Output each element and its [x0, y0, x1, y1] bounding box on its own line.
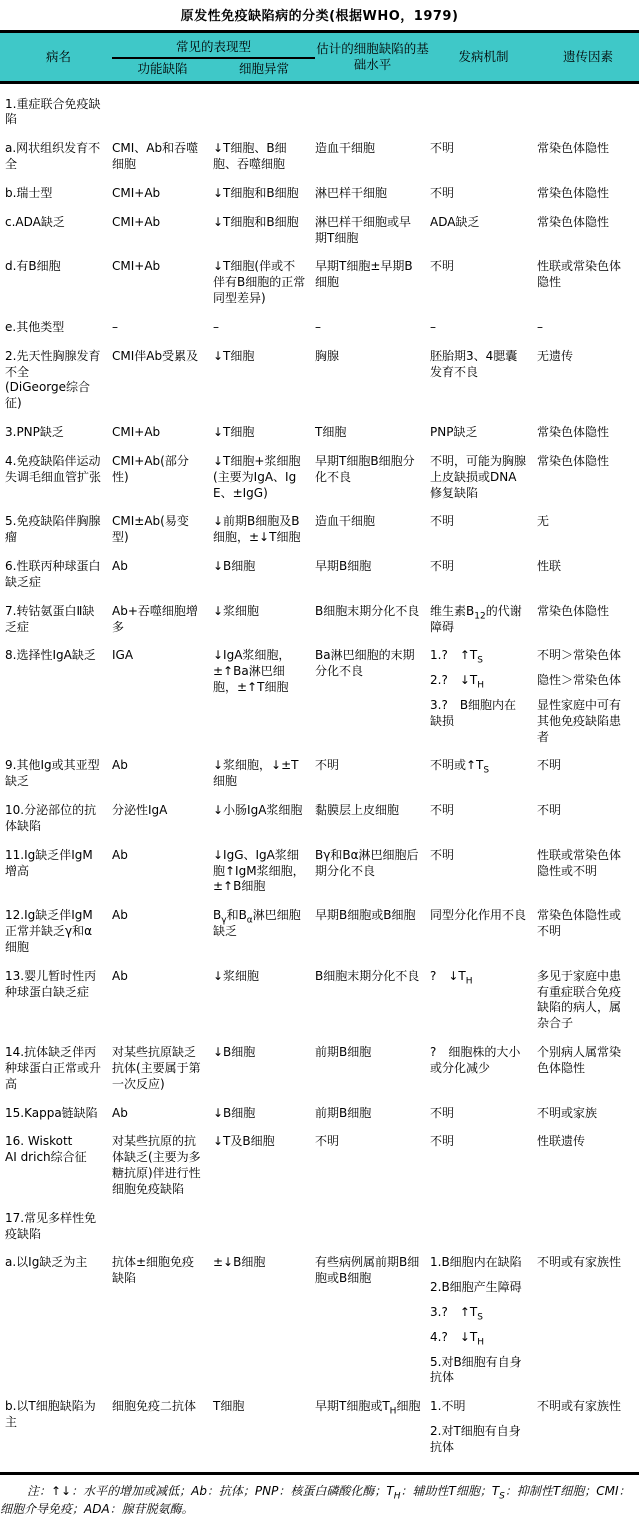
- cell-text: 抗体±细胞免疫缺陷: [112, 1255, 204, 1287]
- cell-disease-name: 1.重症联合免疫缺陷: [5, 97, 112, 129]
- header-disease-name: 病名: [5, 33, 112, 81]
- cell-text: Ba淋巴细胞的末期分化不良: [315, 648, 421, 680]
- cell-basis-level: T细胞: [315, 425, 430, 441]
- cell-text: Ab: [112, 1106, 204, 1122]
- cell-text: –: [430, 320, 528, 336]
- cell-text: d.有B细胞: [5, 259, 103, 275]
- cell-disease-name: e.其他类型: [5, 320, 112, 336]
- cell-text: 不明或↑TS: [430, 758, 528, 774]
- cell-basis-level: B细胞末期分化不良: [315, 604, 430, 636]
- table-row: b.瑞士型CMI+Ab↓T细胞和B细胞淋巴样干细胞不明常染色体隐性: [0, 186, 639, 202]
- cell-pathogenesis: 不明或↑TS: [430, 758, 537, 790]
- cell-cell-abnormality: ±↓B细胞: [213, 1255, 315, 1386]
- cell-text: 黏膜层上皮细胞: [315, 803, 421, 819]
- table-row: 7.转钴氨蛋白Ⅱ缺乏症Ab+吞噬细胞增多↓浆细胞B细胞末期分化不良维生素B12的…: [0, 604, 639, 636]
- cell-text: 常染色体隐性: [537, 141, 630, 157]
- cell-text: ↓T细胞(伴或不伴有B细胞的正常同型差异): [213, 259, 306, 306]
- cell-text: 性联遗传: [537, 1134, 630, 1150]
- cell-functional-defect: CMI±Ab(易变型): [112, 514, 213, 546]
- cell-functional-defect: Ab: [112, 908, 213, 955]
- cell-disease-name: 3.PNP缺乏: [5, 425, 112, 441]
- cell-text: 1.B细胞内在缺陷: [430, 1255, 528, 1271]
- cell-disease-name: d.有B细胞: [5, 259, 112, 306]
- cell-text: 有些病例属前期B细胞或B细胞: [315, 1255, 421, 1287]
- cell-pathogenesis: 不明: [430, 848, 537, 895]
- cell-cell-abnormality: –: [213, 320, 315, 336]
- cell-text: ? 细胞株的大小或分化减少: [430, 1045, 528, 1077]
- cell-text: 性联或常染色体隐性或不明: [537, 848, 630, 880]
- cell-pathogenesis: 不明: [430, 1134, 537, 1197]
- cell-functional-defect: 对某些抗原的抗体缺乏(主要为多糖抗原)伴进行性细胞免疫缺陷: [112, 1134, 213, 1197]
- cell-functional-defect: CMI+Ab: [112, 259, 213, 306]
- cell-text: ↓T细胞和B细胞: [213, 215, 306, 231]
- cell-disease-name: c.ADA缺乏: [5, 215, 112, 247]
- cell-text: 常染色体隐性: [537, 425, 630, 441]
- cell-text: –: [213, 320, 306, 336]
- cell-text: 淋巴样干细胞或早期T细胞: [315, 215, 421, 247]
- cell-text: ↓T细胞+浆细胞(主要为IgA、IgE、±IgG): [213, 454, 306, 501]
- cell-disease-name: 9.其他Ig或其亚型缺乏: [5, 758, 112, 790]
- table-row: 17.常见多样性免疫缺陷: [0, 1211, 639, 1243]
- cell-basis-level: 早期T细胞或TH细胞: [315, 1399, 430, 1455]
- cell-cell-abnormality: ↓T细胞和B细胞: [213, 215, 315, 247]
- cell-functional-defect: CMI+Ab: [112, 215, 213, 247]
- cell-text: 淋巴样干细胞: [315, 186, 421, 202]
- table-row: 2.先天性胸腺发育不全(DiGeorge综合征)CMI伴Ab受累及↓T细胞胸腺胚…: [0, 349, 639, 412]
- cell-text: ↓浆细胞: [213, 604, 306, 620]
- cell-text: 胚胎期3、4腮囊发育不良: [430, 349, 528, 381]
- cell-text: 1.重症联合免疫缺陷: [5, 97, 103, 129]
- cell-disease-name: b.以T细胞缺陷为主: [5, 1399, 112, 1455]
- cell-text: 不明或有家族性: [537, 1255, 630, 1271]
- cell-text: b.瑞士型: [5, 186, 103, 202]
- cell-genetic-factor: 常染色体隐性: [537, 186, 639, 202]
- cell-text: 不明或有家族性: [537, 1399, 630, 1415]
- cell-genetic-factor: 无: [537, 514, 639, 546]
- cell-functional-defect: [112, 1211, 213, 1243]
- cell-text: 不明: [430, 1134, 528, 1150]
- cell-text: c.ADA缺乏: [5, 215, 103, 231]
- table-row: 3.PNP缺乏CMI+Ab↓T细胞T细胞PNP缺乏常染色体隐性: [0, 425, 639, 441]
- cell-cell-abnormality: ↓B细胞: [213, 1106, 315, 1122]
- cell-basis-level: 前期B细胞: [315, 1045, 430, 1092]
- cell-basis-level: 前期B细胞: [315, 1106, 430, 1122]
- cell-cell-abnormality: ↓T细胞: [213, 425, 315, 441]
- cell-text: 6.性联丙种球蛋白缺乏症: [5, 559, 103, 591]
- cell-cell-abnormality: ↓T细胞和B细胞: [213, 186, 315, 202]
- cell-functional-defect: CMI+Ab: [112, 186, 213, 202]
- cell-pathogenesis: 不明: [430, 259, 537, 306]
- cell-genetic-factor: 不明: [537, 758, 639, 790]
- cell-pathogenesis: ? 细胞株的大小或分化减少: [430, 1045, 537, 1092]
- cell-pathogenesis: 胚胎期3、4腮囊发育不良: [430, 349, 537, 412]
- cell-text: 同型分化作用不良: [430, 908, 528, 924]
- cell-basis-level: 造血干细胞: [315, 141, 430, 173]
- cell-text: 11.Ig缺乏伴IgM增高: [5, 848, 103, 880]
- cell-basis-level: 早期T细胞±早期B细胞: [315, 259, 430, 306]
- cell-genetic-factor: 不明或有家族性: [537, 1255, 639, 1386]
- table-row: 15.Kappa链缺陷Ab↓B细胞前期B细胞不明不明或家族: [0, 1106, 639, 1122]
- cell-genetic-factor: 常染色体隐性: [537, 604, 639, 636]
- cell-text: 1.? ↑TS: [430, 648, 528, 664]
- header-pathogenesis: 发病机制: [430, 33, 537, 81]
- cell-text: 4.? ↓TH: [430, 1330, 528, 1346]
- table-row: 12.Ig缺乏伴IgM正常并缺乏γ和α细胞AbBγ和Bα淋巴细胞缺乏早期B细胞或…: [0, 908, 639, 955]
- cell-genetic-factor: 不明或家族: [537, 1106, 639, 1122]
- cell-text: 不明: [315, 1134, 421, 1150]
- cell-text: ↓IgA浆细胞，±↑Ba淋巴细胞，±↑T细胞: [213, 648, 306, 695]
- cell-functional-defect: CMI伴Ab受累及: [112, 349, 213, 412]
- cell-pathogenesis: 1.不明2.对T细胞有自身抗体: [430, 1399, 537, 1455]
- cell-cell-abnormality: T细胞: [213, 1399, 315, 1455]
- cell-cell-abnormality: ↓IgA浆细胞，±↑Ba淋巴细胞，±↑T细胞: [213, 648, 315, 745]
- cell-functional-defect: 抗体±细胞免疫缺陷: [112, 1255, 213, 1386]
- cell-genetic-factor: 常染色体隐性: [537, 454, 639, 501]
- table-row: a.网状组织发育不全CMI、Ab和吞噬细胞↓T细胞、B细胞、吞噬细胞造血干细胞不…: [0, 141, 639, 173]
- cell-disease-name: b.瑞士型: [5, 186, 112, 202]
- cell-disease-name: 7.转钴氨蛋白Ⅱ缺乏症: [5, 604, 112, 636]
- cell-text: Ab: [112, 908, 204, 924]
- cell-basis-level: 早期B细胞: [315, 559, 430, 591]
- cell-disease-name: 4.免疫缺陷伴运动失调毛细血管扩张: [5, 454, 112, 501]
- cell-text: 不明: [430, 259, 528, 275]
- cell-text: ↓浆细胞，↓±T细胞: [213, 758, 306, 790]
- cell-text: 不明: [430, 186, 528, 202]
- cell-basis-level: Bγ和Bα淋巴细胞后期分化不良: [315, 848, 430, 895]
- cell-pathogenesis: ADA缺乏: [430, 215, 537, 247]
- cell-functional-defect: Ab: [112, 1106, 213, 1122]
- cell-disease-name: 14.抗体缺乏伴丙种球蛋白正常或升高: [5, 1045, 112, 1092]
- cell-text: 不明: [430, 559, 528, 575]
- cell-cell-abnormality: ↓浆细胞，↓±T细胞: [213, 758, 315, 790]
- table-row: 8.选择性IgA缺乏IGA↓IgA浆细胞，±↑Ba淋巴细胞，±↑T细胞Ba淋巴细…: [0, 648, 639, 745]
- cell-text: 不明: [537, 758, 630, 774]
- cell-genetic-factor: 性联或常染色体隐性或不明: [537, 848, 639, 895]
- cell-text: 10.分泌部位的抗体缺陷: [5, 803, 103, 835]
- classification-table-page: 原发性免疫缺陷病的分类(根据WHO，1979) 病名 常见的表现型 功能缺陷 细…: [0, 0, 639, 1529]
- cell-text: CMI伴Ab受累及: [112, 349, 204, 365]
- cell-disease-name: 16. WiskottAI drich综合征: [5, 1134, 112, 1197]
- cell-disease-name: 10.分泌部位的抗体缺陷: [5, 803, 112, 835]
- cell-pathogenesis: 不明: [430, 803, 537, 835]
- cell-text: 分泌性IgA: [112, 803, 204, 819]
- cell-text: B细胞末期分化不良: [315, 604, 421, 620]
- cell-genetic-factor: 不明＞常染色体隐性＞常染色体显性家庭中可有其他免疫缺陷患者: [537, 648, 639, 745]
- cell-pathogenesis: [430, 97, 537, 129]
- cell-text: 常染色体隐性: [537, 186, 630, 202]
- cell-text: 不明: [430, 141, 528, 157]
- cell-text: 前期B细胞: [315, 1106, 421, 1122]
- cell-text: 个别病人属常染色体隐性: [537, 1045, 630, 1077]
- cell-text: 3.PNP缺乏: [5, 425, 103, 441]
- cell-basis-level: 有些病例属前期B细胞或B细胞: [315, 1255, 430, 1386]
- cell-functional-defect: 对某些抗原缺乏抗体(主要属于第一次反应): [112, 1045, 213, 1092]
- table-row: 16. WiskottAI drich综合征对某些抗原的抗体缺乏(主要为多糖抗原…: [0, 1134, 639, 1197]
- cell-pathogenesis: 不明: [430, 141, 537, 173]
- cell-text: 无: [537, 514, 630, 530]
- cell-cell-abnormality: ↓B细胞: [213, 1045, 315, 1092]
- cell-pathogenesis: 不明，可能为胸腺上皮缺损或DNA修复缺陷: [430, 454, 537, 501]
- cell-genetic-factor: 不明: [537, 803, 639, 835]
- cell-text: 3.? ↑TS: [430, 1305, 528, 1321]
- cell-pathogenesis: [430, 1211, 537, 1243]
- cell-basis-level: B细胞末期分化不良: [315, 969, 430, 1032]
- cell-pathogenesis: 不明: [430, 186, 537, 202]
- cell-basis-level: 造血干细胞: [315, 514, 430, 546]
- cell-genetic-factor: 常染色体隐性或不明: [537, 908, 639, 955]
- cell-text: 常染色体隐性或不明: [537, 908, 630, 940]
- cell-text: 不明: [430, 803, 528, 819]
- cell-basis-level: –: [315, 320, 430, 336]
- cell-cell-abnormality: [213, 1211, 315, 1243]
- cell-text: 常染色体隐性: [537, 604, 630, 620]
- cell-text: 15.Kappa链缺陷: [5, 1106, 103, 1122]
- cell-text: CMI+Ab: [112, 259, 204, 275]
- cell-text: 3.? B细胞内在缺损: [430, 698, 528, 730]
- table-row: 9.其他Ig或其亚型缺乏Ab↓浆细胞，↓±T细胞不明不明或↑TS不明: [0, 758, 639, 790]
- cell-cell-abnormality: ↓B细胞: [213, 559, 315, 591]
- cell-basis-level: [315, 1211, 430, 1243]
- cell-text: 细胞免疫二抗体: [112, 1399, 204, 1415]
- cell-basis-level: 不明: [315, 758, 430, 790]
- cell-basis-level: 淋巴样干细胞: [315, 186, 430, 202]
- cell-text: Bγ和Bα淋巴细胞后期分化不良: [315, 848, 421, 880]
- cell-text: 性联或常染色体隐性: [537, 259, 630, 291]
- cell-functional-defect: [112, 97, 213, 129]
- cell-text: –: [112, 320, 204, 336]
- header-phenotype-group-label: 常见的表现型: [112, 33, 315, 59]
- cell-text: 前期B细胞: [315, 1045, 421, 1061]
- table-row: a.以Ig缺乏为主抗体±细胞免疫缺陷±↓B细胞有些病例属前期B细胞或B细胞1.B…: [0, 1255, 639, 1386]
- cell-text: 17.常见多样性免疫缺陷: [5, 1211, 103, 1243]
- cell-text: B细胞末期分化不良: [315, 969, 421, 985]
- cell-genetic-factor: [537, 1211, 639, 1243]
- cell-functional-defect: CMI、Ab和吞噬细胞: [112, 141, 213, 173]
- cell-text: ? ↓TH: [430, 969, 528, 985]
- cell-functional-defect: –: [112, 320, 213, 336]
- cell-disease-name: 5.免疫缺陷伴胸腺瘤: [5, 514, 112, 546]
- cell-text: e.其他类型: [5, 320, 103, 336]
- cell-text: CMI+Ab: [112, 186, 204, 202]
- header-functional-defect: 功能缺陷: [112, 59, 213, 81]
- table-row: 10.分泌部位的抗体缺陷分泌性IgA↓小肠IgA浆细胞黏膜层上皮细胞不明不明: [0, 803, 639, 835]
- table-row: 13.婴儿暂时性丙种球蛋白缺乏症Ab↓浆细胞B细胞末期分化不良? ↓TH多见于家…: [0, 969, 639, 1032]
- table-header: 病名 常见的表现型 功能缺陷 细胞异常 估计的细胞缺陷的基础水平 发病机制 遗传…: [0, 30, 639, 84]
- cell-text: 8.选择性IgA缺乏: [5, 648, 103, 664]
- cell-text: ↓T细胞、B细胞、吞噬细胞: [213, 141, 306, 173]
- cell-cell-abnormality: ↓浆细胞: [213, 604, 315, 636]
- cell-text: 常染色体隐性: [537, 215, 630, 231]
- table-row: 6.性联丙种球蛋白缺乏症Ab↓B细胞早期B细胞不明性联: [0, 559, 639, 591]
- cell-text: 5.免疫缺陷伴胸腺瘤: [5, 514, 103, 546]
- cell-text: 隐性＞常染色体: [537, 673, 630, 689]
- cell-functional-defect: Ab: [112, 848, 213, 895]
- cell-basis-level: 早期B细胞或B细胞: [315, 908, 430, 955]
- cell-text: 2.B细胞产生障碍: [430, 1280, 528, 1296]
- cell-text: 16. WiskottAI drich综合征: [5, 1134, 103, 1166]
- cell-basis-level: 黏膜层上皮细胞: [315, 803, 430, 835]
- cell-text: 不明: [430, 848, 528, 864]
- cell-text: ↓小肠IgA浆细胞: [213, 803, 306, 819]
- cell-text: Ab: [112, 559, 204, 575]
- cell-text: Ab+吞噬细胞增多: [112, 604, 204, 636]
- cell-pathogenesis: 不明: [430, 514, 537, 546]
- cell-text: 显性家庭中可有其他免疫缺陷患者: [537, 698, 630, 745]
- table-row: 11.Ig缺乏伴IgM增高Ab↓IgG、IgA浆细胞↑IgM浆细胞，±↑B细胞B…: [0, 848, 639, 895]
- header-phenotype-subcolumns: 功能缺陷 细胞异常: [112, 59, 315, 81]
- cell-cell-abnormality: ↓T及B细胞: [213, 1134, 315, 1197]
- cell-text: T细胞: [315, 425, 421, 441]
- cell-text: 14.抗体缺乏伴丙种球蛋白正常或升高: [5, 1045, 103, 1092]
- cell-genetic-factor: 不明或有家族性: [537, 1399, 639, 1455]
- table-row: b.以T细胞缺陷为主细胞免疫二抗体T细胞早期T细胞或TH细胞1.不明2.对T细胞…: [0, 1399, 639, 1455]
- cell-text: Ab: [112, 758, 204, 774]
- cell-text: 性联: [537, 559, 630, 575]
- cell-text: 对某些抗原的抗体缺乏(主要为多糖抗原)伴进行性细胞免疫缺陷: [112, 1134, 204, 1197]
- cell-cell-abnormality: ↓IgG、IgA浆细胞↑IgM浆细胞，±↑B细胞: [213, 848, 315, 895]
- cell-text: ↓T细胞和B细胞: [213, 186, 306, 202]
- cell-text: CMI+Ab: [112, 215, 204, 231]
- cell-pathogenesis: ? ↓TH: [430, 969, 537, 1032]
- cell-text: 1.不明: [430, 1399, 528, 1415]
- header-cell-abnormality: 细胞异常: [213, 59, 315, 81]
- cell-text: ↓B细胞: [213, 559, 306, 575]
- cell-genetic-factor: [537, 97, 639, 129]
- cell-text: 12.Ig缺乏伴IgM正常并缺乏γ和α细胞: [5, 908, 103, 955]
- footnote: 注：↑↓：水平的增加或减低；Ab：抗体；PNP：核蛋白磷酸化酶；TH：辅助性T细…: [0, 1472, 639, 1529]
- cell-functional-defect: Ab: [112, 559, 213, 591]
- cell-text: 不明: [537, 803, 630, 819]
- cell-text: ±↓B细胞: [213, 1255, 306, 1271]
- cell-disease-name: a.网状组织发育不全: [5, 141, 112, 173]
- cell-text: 不明＞常染色体: [537, 648, 630, 664]
- table-row: 4.免疫缺陷伴运动失调毛细血管扩张CMI+Ab(部分性)↓T细胞+浆细胞(主要为…: [0, 454, 639, 501]
- header-genetic-factor: 遗传因素: [537, 33, 639, 81]
- cell-functional-defect: 分泌性IgA: [112, 803, 213, 835]
- cell-text: 4.免疫缺陷伴运动失调毛细血管扩张: [5, 454, 103, 486]
- cell-cell-abnormality: ↓前期B细胞及B细胞，±↓T细胞: [213, 514, 315, 546]
- cell-disease-name: a.以Ig缺乏为主: [5, 1255, 112, 1386]
- cell-pathogenesis: –: [430, 320, 537, 336]
- cell-text: ↓浆细胞: [213, 969, 306, 985]
- cell-text: 常染色体隐性: [537, 454, 630, 470]
- cell-basis-level: Ba淋巴细胞的末期分化不良: [315, 648, 430, 745]
- cell-genetic-factor: 性联: [537, 559, 639, 591]
- cell-text: 维生素B12的代谢障碍: [430, 604, 528, 636]
- cell-genetic-factor: 常染色体隐性: [537, 425, 639, 441]
- cell-text: ↓前期B细胞及B细胞，±↓T细胞: [213, 514, 306, 546]
- cell-text: 13.婴儿暂时性丙种球蛋白缺乏症: [5, 969, 103, 1001]
- cell-functional-defect: Ab: [112, 969, 213, 1032]
- cell-functional-defect: Ab+吞噬细胞增多: [112, 604, 213, 636]
- cell-text: T细胞: [213, 1399, 306, 1415]
- cell-text: 不明: [430, 1106, 528, 1122]
- cell-basis-level: 不明: [315, 1134, 430, 1197]
- cell-cell-abnormality: ↓T细胞+浆细胞(主要为IgA、IgE、±IgG): [213, 454, 315, 501]
- cell-text: a.以Ig缺乏为主: [5, 1255, 103, 1271]
- cell-disease-name: 13.婴儿暂时性丙种球蛋白缺乏症: [5, 969, 112, 1032]
- cell-pathogenesis: PNP缺乏: [430, 425, 537, 441]
- cell-pathogenesis: 1.? ↑TS2.? ↓TH3.? B细胞内在缺损: [430, 648, 537, 745]
- table-row: 5.免疫缺陷伴胸腺瘤CMI±Ab(易变型)↓前期B细胞及B细胞，±↓T细胞造血干…: [0, 514, 639, 546]
- cell-genetic-factor: –: [537, 320, 639, 336]
- cell-text: ↓B细胞: [213, 1106, 306, 1122]
- cell-text: 不明，可能为胸腺上皮缺损或DNA修复缺陷: [430, 454, 528, 501]
- cell-cell-abnormality: Bγ和Bα淋巴细胞缺乏: [213, 908, 315, 955]
- cell-text: 7.转钴氨蛋白Ⅱ缺乏症: [5, 604, 103, 636]
- cell-text: 早期T细胞或TH细胞: [315, 1399, 421, 1415]
- header-estimated-basis-level: 估计的细胞缺陷的基础水平: [315, 33, 430, 81]
- cell-basis-level: [315, 97, 430, 129]
- cell-text: 胸腺: [315, 349, 421, 365]
- header-phenotype-group: 常见的表现型 功能缺陷 细胞异常: [112, 33, 315, 81]
- cell-genetic-factor: 多见于家庭中患有重症联合免疫缺陷的病人，属杂合子: [537, 969, 639, 1032]
- cell-text: 早期B细胞或B细胞: [315, 908, 421, 924]
- cell-text: Ab: [112, 969, 204, 985]
- cell-text: ADA缺乏: [430, 215, 528, 231]
- cell-text: ↓T细胞: [213, 425, 306, 441]
- cell-basis-level: 淋巴样干细胞或早期T细胞: [315, 215, 430, 247]
- cell-pathogenesis: 不明: [430, 559, 537, 591]
- cell-disease-name: 17.常见多样性免疫缺陷: [5, 1211, 112, 1243]
- cell-text: 不明或家族: [537, 1106, 630, 1122]
- page-title: 原发性免疫缺陷病的分类(根据WHO，1979): [0, 0, 639, 30]
- cell-genetic-factor: 性联遗传: [537, 1134, 639, 1197]
- cell-text: 早期T细胞±早期B细胞: [315, 259, 421, 291]
- cell-functional-defect: CMI+Ab: [112, 425, 213, 441]
- cell-text: –: [537, 320, 630, 336]
- cell-cell-abnormality: [213, 97, 315, 129]
- cell-text: 早期B细胞: [315, 559, 421, 575]
- cell-text: 2.? ↓TH: [430, 673, 528, 689]
- cell-cell-abnormality: ↓浆细胞: [213, 969, 315, 1032]
- cell-cell-abnormality: ↓T细胞(伴或不伴有B细胞的正常同型差异): [213, 259, 315, 306]
- cell-functional-defect: Ab: [112, 758, 213, 790]
- cell-text: –: [315, 320, 421, 336]
- cell-functional-defect: CMI+Ab(部分性): [112, 454, 213, 501]
- cell-text: 无遗传: [537, 349, 630, 365]
- cell-cell-abnormality: ↓T细胞、B细胞、吞噬细胞: [213, 141, 315, 173]
- cell-functional-defect: 细胞免疫二抗体: [112, 1399, 213, 1455]
- cell-basis-level: 早期T细胞B细胞分化不良: [315, 454, 430, 501]
- cell-disease-name: 2.先天性胸腺发育不全(DiGeorge综合征): [5, 349, 112, 412]
- cell-text: a.网状组织发育不全: [5, 141, 103, 173]
- cell-text: IGA: [112, 648, 204, 664]
- cell-text: 9.其他Ig或其亚型缺乏: [5, 758, 103, 790]
- cell-text: CMI+Ab: [112, 425, 204, 441]
- cell-text: 2.对T细胞有自身抗体: [430, 1424, 528, 1456]
- cell-disease-name: 11.Ig缺乏伴IgM增高: [5, 848, 112, 895]
- cell-pathogenesis: 维生素B12的代谢障碍: [430, 604, 537, 636]
- cell-genetic-factor: 性联或常染色体隐性: [537, 259, 639, 306]
- table-row: c.ADA缺乏CMI+Ab↓T细胞和B细胞淋巴样干细胞或早期T细胞ADA缺乏常染…: [0, 215, 639, 247]
- cell-text: 造血干细胞: [315, 514, 421, 530]
- cell-text: 造血干细胞: [315, 141, 421, 157]
- cell-disease-name: 8.选择性IgA缺乏: [5, 648, 112, 745]
- cell-text: CMI±Ab(易变型): [112, 514, 204, 546]
- table-body: 1.重症联合免疫缺陷a.网状组织发育不全CMI、Ab和吞噬细胞↓T细胞、B细胞、…: [0, 97, 639, 1472]
- cell-pathogenesis: 1.B细胞内在缺陷2.B细胞产生障碍3.? ↑TS4.? ↓TH5.对B细胞有自…: [430, 1255, 537, 1386]
- cell-text: 不明: [315, 758, 421, 774]
- table-row: 1.重症联合免疫缺陷: [0, 97, 639, 129]
- cell-genetic-factor: 常染色体隐性: [537, 141, 639, 173]
- cell-text: b.以T细胞缺陷为主: [5, 1399, 103, 1431]
- cell-text: Ab: [112, 848, 204, 864]
- cell-basis-level: 胸腺: [315, 349, 430, 412]
- cell-pathogenesis: 不明: [430, 1106, 537, 1122]
- cell-text: ↓IgG、IgA浆细胞↑IgM浆细胞，±↑B细胞: [213, 848, 306, 895]
- cell-genetic-factor: 常染色体隐性: [537, 215, 639, 247]
